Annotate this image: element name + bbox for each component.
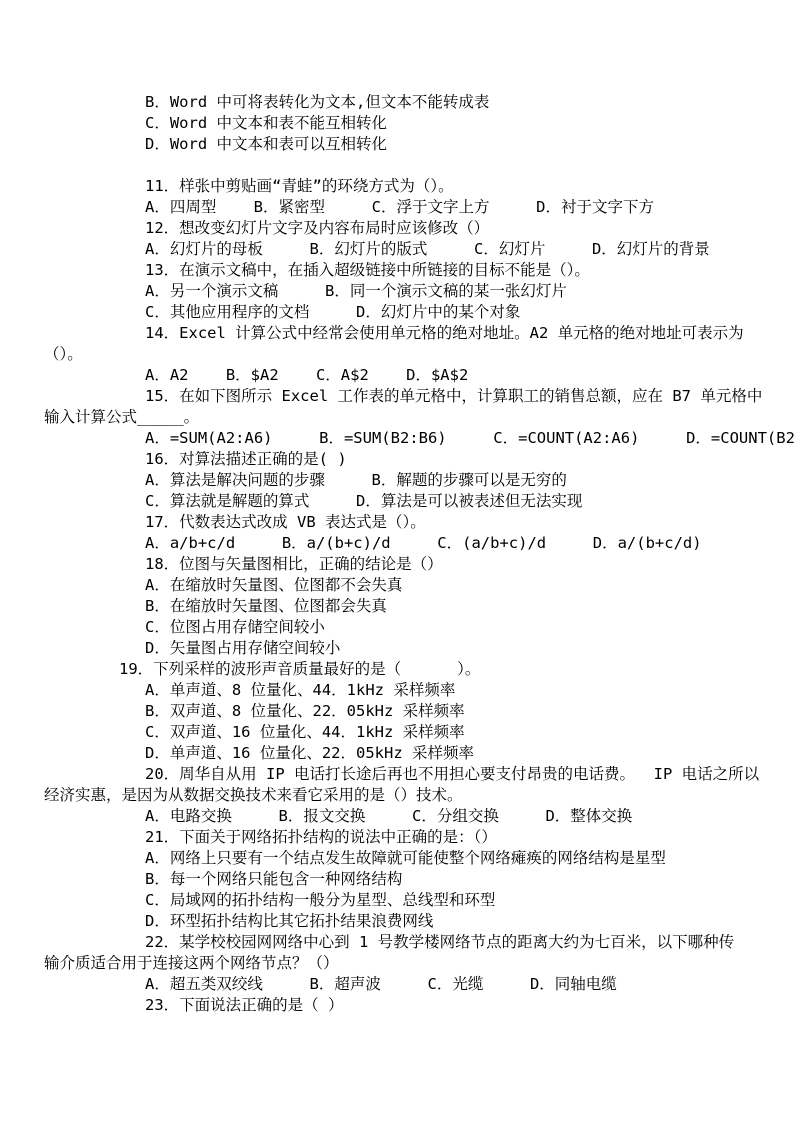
text-line: 17．代数表达式改成 VB 表达式是（）。 [44, 512, 764, 533]
text-line: 23．下面说法正确的是（ ） [44, 995, 764, 1016]
text-line: C．算法就是解题的算式 D．算法是可以被表述但无法实现 [44, 491, 764, 512]
text-line: D．单声道、16 位量化、22．05kHz 采样频率 [44, 743, 764, 764]
text-line: 18．位图与矢量图相比，正确的结论是（） [44, 554, 764, 575]
text-line: A．四周型 B．紧密型 C．浮于文字上方 D．衬于文字下方 [44, 197, 764, 218]
text-line: A．网络上只要有一个结点发生故障就可能使整个网络瘫痪的网络结构是星型 [44, 848, 764, 869]
exam-document-page: B．Word 中可将表转化为文本,但文本不能转成表C．Word 中文本和表不能互… [0, 0, 794, 1123]
text-line: 20．周华自从用 IP 电话打长途后再也不用担心要支付昂贵的电话费。 IP 电话… [44, 764, 764, 785]
text-line: （）。 [44, 344, 764, 365]
text-line: A．=SUM(A2:A6) B．=SUM(B2:B6) C．=COUNT(A2:… [44, 428, 764, 449]
text-line: 22．某学校校园网网络中心到 1 号教学楼网络节点的距离大约为七百米，以下哪种传 [44, 932, 764, 953]
text-line: A．电路交换 B．报文交换 C．分组交换 D．整体交换 [44, 806, 764, 827]
text-line: 14．Excel 计算公式中经常会使用单元格的绝对地址。A2 单元格的绝对地址可… [44, 323, 764, 344]
blank-line [44, 155, 764, 176]
text-line: A．单声道、8 位量化、44．1kHz 采样频率 [44, 680, 764, 701]
text-line: D．矢量图占用存储空间较小 [44, 638, 764, 659]
text-line: C．位图占用存储空间较小 [44, 617, 764, 638]
text-line: 12．想改变幻灯片文字及内容布局时应该修改（） [44, 218, 764, 239]
text-line: C．其他应用程序的文档 D．幻灯片中的某个对象 [44, 302, 764, 323]
text-line: 16．对算法描述正确的是( ) [44, 449, 764, 470]
text-line: A．A2 B．$A2 C．A$2 D．$A$2 [44, 365, 764, 386]
text-line: A．超五类双绞线 B．超声波 C．光缆 D．同轴电缆 [44, 974, 764, 995]
text-line: B．双声道、8 位量化、22．05kHz 采样频率 [44, 701, 764, 722]
text-line: 11．样张中剪贴画“青蛙”的环绕方式为（）。 [44, 176, 764, 197]
text-line: 21．下面关于网络拓扑结构的说法中正确的是：（） [44, 827, 764, 848]
text-line: C．Word 中文本和表不能互相转化 [44, 113, 764, 134]
text-line: 15．在如下图所示 Excel 工作表的单元格中，计算职工的销售总额，应在 B7… [44, 386, 764, 407]
text-line: C．双声道、16 位量化、44．1kHz 采样频率 [44, 722, 764, 743]
text-line: 输入计算公式_____。 [44, 407, 764, 428]
text-line: D．Word 中文本和表可以互相转化 [44, 134, 764, 155]
text-line: B．在缩放时矢量图、位图都会失真 [44, 596, 764, 617]
document-body: B．Word 中可将表转化为文本,但文本不能转成表C．Word 中文本和表不能互… [44, 92, 764, 1016]
text-line: A．幻灯片的母板 B．幻灯片的版式 C．幻灯片 D．幻灯片的背景 [44, 239, 764, 260]
text-line: 19．下列采样的波形声音质量最好的是（ ）。 [44, 659, 764, 680]
text-line: C．局域网的拓扑结构一般分为星型、总线型和环型 [44, 890, 764, 911]
text-line: 13．在演示文稿中，在插入超级链接中所链接的目标不能是（）。 [44, 260, 764, 281]
text-line: A．在缩放时矢量图、位图都不会失真 [44, 575, 764, 596]
text-line: A．a/b+c/d B．a/(b+c)/d C．(a/b+c)/d D．a/(b… [44, 533, 764, 554]
text-line: D．环型拓扑结构比其它拓扑结果浪费网线 [44, 911, 764, 932]
text-line: A．算法是解决问题的步骤 B．解题的步骤可以是无穷的 [44, 470, 764, 491]
text-line: B．Word 中可将表转化为文本,但文本不能转成表 [44, 92, 764, 113]
text-line: B．每一个网络只能包含一种网络结构 [44, 869, 764, 890]
text-line: 经济实惠，是因为从数据交换技术来看它采用的是（）技术。 [44, 785, 764, 806]
text-line: A．另一个演示文稿 B．同一个演示文稿的某一张幻灯片 [44, 281, 764, 302]
text-line: 输介质适合用于连接这两个网络节点？（） [44, 953, 764, 974]
